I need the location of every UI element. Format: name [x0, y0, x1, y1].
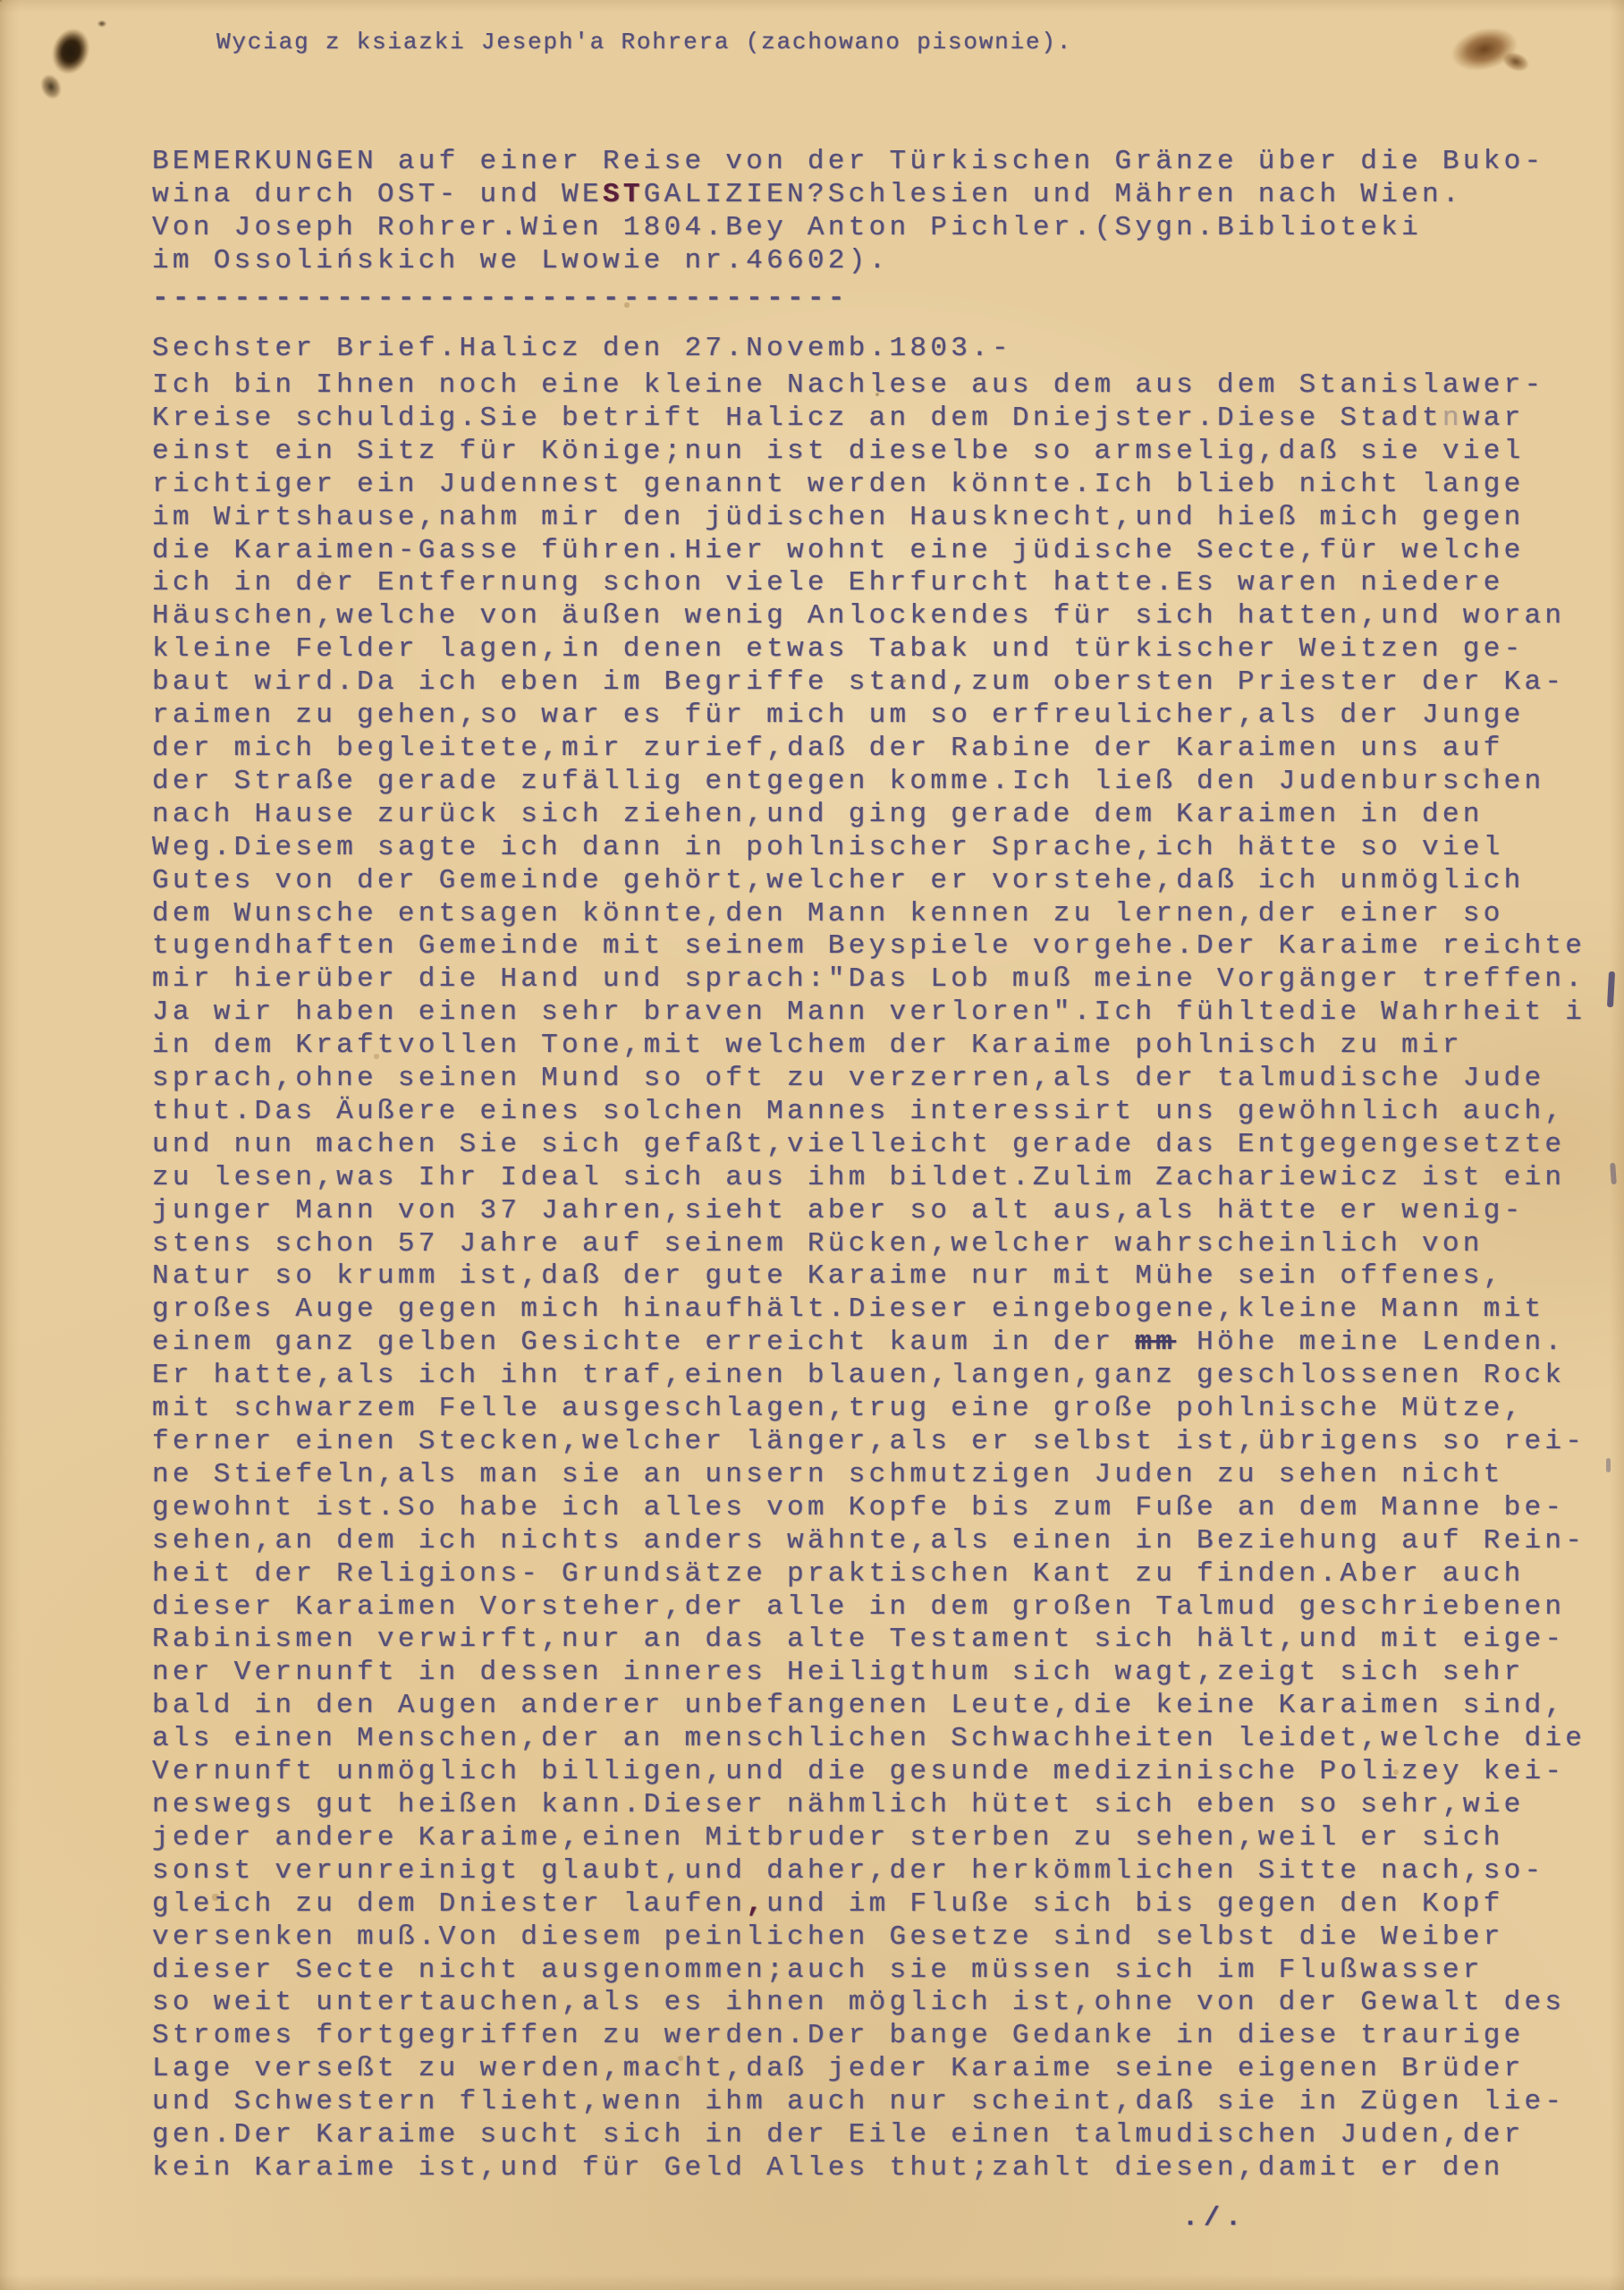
text-line: jeder andere Karaime,einen Mitbruder ste…: [152, 1822, 1586, 1855]
text-line: gleich zu dem Dniester laufen,und im Flu…: [152, 1888, 1586, 1921]
text-line: Weg.Diesem sagte ich dann in pohlnischer…: [152, 832, 1586, 865]
text-line: kleine Felder lagen,in denen etwas Tabak…: [152, 633, 1586, 666]
text-line: richtiger ein Judennest genannt werden k…: [152, 469, 1586, 502]
text-segment: Kreise schuldig.Sie betrift Halicz an de…: [152, 403, 1442, 434]
text-line: wina durch OST- und WESTGALIZIEN?Schlesi…: [152, 179, 1544, 212]
text-line: als einen Menschen,der an menschlichen S…: [152, 1723, 1586, 1756]
text-line: Lage verseßt zu werden,macht,daß jeder K…: [152, 2053, 1586, 2086]
typed-dashed-divider: ----------------------------------: [152, 283, 849, 316]
text-line: dieser Karaimen Vorsteher,der alle in de…: [152, 1591, 1586, 1624]
text-line: in dem Kraftvollen Tone,mit welchem der …: [152, 1030, 1586, 1063]
text-line: einem ganz gelben Gesichte erreicht kaum…: [152, 1327, 1586, 1360]
text-line: einst ein Sitz für Könige;nun ist diesel…: [152, 436, 1586, 469]
text-line: junger Mann von 37 Jahren,sieht aber so …: [152, 1195, 1586, 1228]
text-line: BEMERKUNGEN auf einer Reise von der Türk…: [152, 146, 1544, 179]
text-line: Rabinismen verwirft,nur an das alte Test…: [152, 1624, 1586, 1657]
text-line: thut.Das Äußere eines solchen Mannes int…: [152, 1096, 1586, 1129]
text-segment: Höhe meine Lenden.: [1176, 1327, 1565, 1358]
text-line: und nun machen Sie sich gefaßt,vielleich…: [152, 1129, 1586, 1162]
text-line: im Wirtshause,nahm mir den jüdischen Hau…: [152, 502, 1586, 535]
text-line: gewohnt ist.So habe ich alles vom Kopfe …: [152, 1492, 1586, 1525]
text-line: heit der Religions- Grundsätze praktisch…: [152, 1558, 1586, 1591]
text-line: Von Joseph Rohrer.Wien 1804.Bey Anton Pi…: [152, 212, 1544, 245]
scanned-typewritten-page: Wyciag z ksiazki Jeseph'a Rohrera (zacho…: [0, 0, 1624, 2290]
text-line: nach Hause zurück sich ziehen,und ging g…: [152, 799, 1586, 832]
text-line: ne Stiefeln,als man sie an unsern schmut…: [152, 1459, 1586, 1492]
text-line: Kreise schuldig.Sie betrift Halicz an de…: [152, 403, 1586, 436]
text-line: der mich begleitete,mir zurief,daß der R…: [152, 733, 1586, 766]
letter-body-text: Ich bin Ihnen noch eine kleine Nachlese …: [152, 369, 1586, 2185]
text-line: ich in der Entfernung schon viele Ehrfur…: [152, 567, 1586, 600]
text-line: Stromes fortgegriffen zu werden.Der bang…: [152, 2020, 1586, 2053]
text-line: und Schwestern flieht,wenn ihm auch nur …: [152, 2086, 1586, 2119]
text-segment: gleich zu dem Dniester laufen: [152, 1888, 746, 1920]
text-line: mit schwarzem Felle ausgeschlagen,trug e…: [152, 1393, 1586, 1426]
text-segment: war: [1463, 403, 1525, 434]
overstruck-text: mm: [1135, 1327, 1176, 1358]
text-line: dieser Secte nicht ausgenommen;auch sie …: [152, 1955, 1586, 1988]
bibliographic-reference-block: BEMERKUNGEN auf einer Reise von der Türk…: [152, 146, 1544, 278]
text-line: ner Vernunft in dessen inneres Heiligthu…: [152, 1657, 1586, 1690]
paper-speckles: [0, 0, 2, 2]
text-line: bald in den Augen anderer unbefangenen L…: [152, 1690, 1586, 1723]
text-line: ferner einen Stecken,welcher länger,als …: [152, 1426, 1586, 1459]
text-line: stens schon 57 Jahre auf seinem Rücken,w…: [152, 1228, 1586, 1261]
overstruck-text: ST: [603, 179, 644, 210]
text-line: Vernunft unmöglich billigen,und die gesu…: [152, 1756, 1586, 1789]
text-line: dem Wunsche entsagen könnte,den Mann ken…: [152, 898, 1586, 931]
text-segment: und im Fluße sich bis gegen den Kopf: [766, 1888, 1504, 1920]
text-line: raimen zu gehen,so war es für mich um so…: [152, 700, 1586, 733]
text-line: neswegs gut heißen kann.Dieser nähmlich …: [152, 1789, 1586, 1822]
text-line: Er hatte,als ich ihn traf,einen blauen,l…: [152, 1360, 1586, 1393]
text-line: so weit untertauchen,als es ihnen möglic…: [152, 1987, 1586, 2020]
text-line: mir hierüber die Hand und sprach:"Das Lo…: [152, 963, 1586, 997]
text-line: Ja wir haben einen sehr braven Mann verl…: [152, 997, 1586, 1030]
margin-pen-mark: [1610, 1163, 1617, 1184]
text-line: Gutes von der Gemeinde gehört,welcher er…: [152, 865, 1586, 898]
overstruck-text: n: [1442, 403, 1463, 434]
text-line: sprach,ohne seinen Mund so oft zu verzer…: [152, 1063, 1586, 1096]
page-header-note: Wyciag z ksiazki Jeseph'a Rohrera (zacho…: [216, 27, 1072, 57]
margin-pen-mark: [1606, 1458, 1611, 1472]
overstruck-text: ,: [746, 1888, 766, 1920]
text-line: gen.Der Karaime sucht sich in der Eile e…: [152, 2119, 1586, 2152]
margin-pen-mark: [1607, 971, 1615, 1007]
text-line: Häuschen,welche von äußen wenig Anlocken…: [152, 600, 1586, 633]
letter-heading: Sechster Brief.Halicz den 27.Novemb.1803…: [152, 333, 1012, 366]
text-line: zu lesen,was Ihr Ideal sich aus ihm bild…: [152, 1162, 1586, 1195]
text-segment: GALIZIEN?Schlesien und Mähren nach Wien.: [644, 179, 1463, 210]
continuation-mark: ./.: [1182, 2202, 1247, 2235]
text-line: Natur so krumm ist,daß der gute Karaime …: [152, 1260, 1586, 1293]
text-line: großes Auge gegen mich hinaufhält.Dieser…: [152, 1293, 1586, 1327]
text-line: sonst verunreinigt glaubt,und daher,der …: [152, 1855, 1586, 1888]
text-line: tugendhaften Gemeinde mit seinem Beyspie…: [152, 930, 1586, 963]
text-line: kein Karaime ist,und für Geld Alles thut…: [152, 2152, 1586, 2185]
text-line: die Karaimen-Gasse führen.Hier wohnt ein…: [152, 535, 1586, 568]
text-line: Ich bin Ihnen noch eine kleine Nachlese …: [152, 369, 1586, 403]
text-line: sehen,an dem ich nichts anders wähnte,al…: [152, 1525, 1586, 1558]
text-segment: einem ganz gelben Gesichte erreicht kaum…: [152, 1327, 1135, 1358]
text-line: der Straße gerade zufällig entgegen komm…: [152, 766, 1586, 799]
text-line: versenken muß.Von diesem peinlichen Gese…: [152, 1921, 1586, 1955]
text-segment: wina durch OST- und WE: [152, 179, 603, 210]
text-line: baut wird.Da ich eben im Begriffe stand,…: [152, 666, 1586, 700]
text-line: im Ossolińskich we Lwowie nr.46602).: [152, 245, 1544, 278]
ink-speck-icon: [97, 20, 107, 28]
